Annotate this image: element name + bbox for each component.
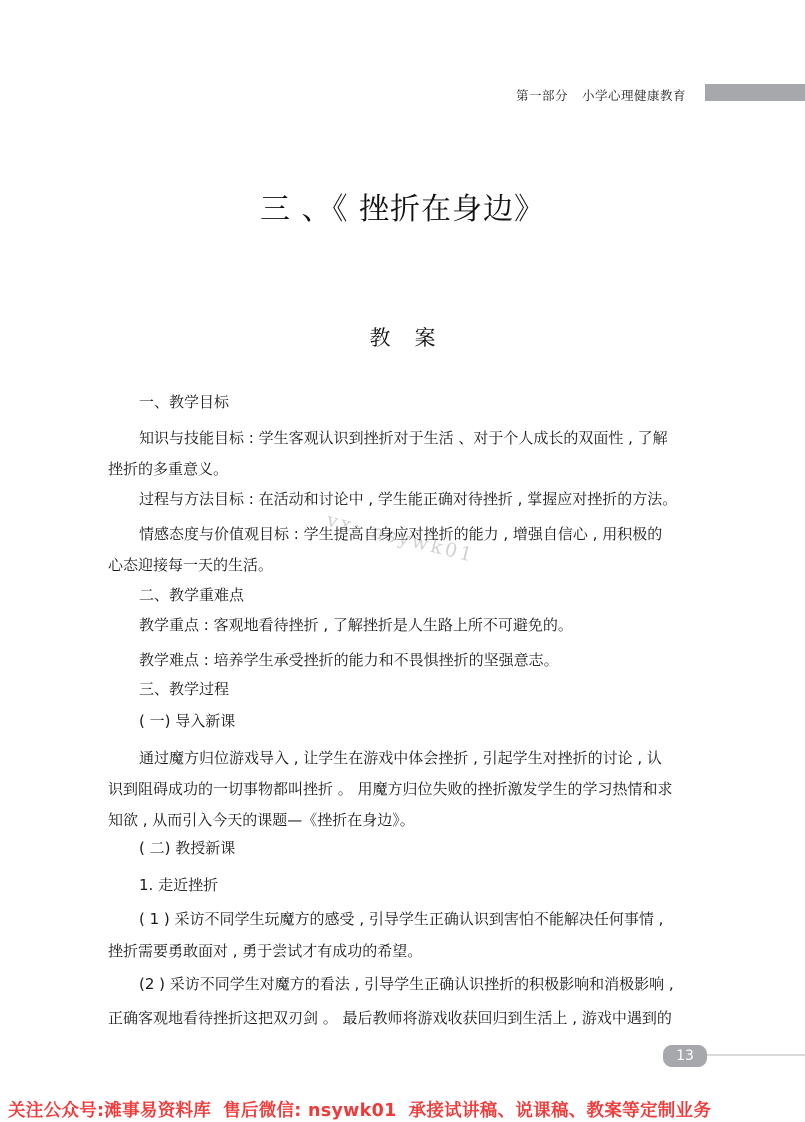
heading-key-points: 二、教学重难点 — [108, 584, 700, 605]
list-item-heading: 1. 走近挫折 — [108, 874, 700, 895]
paragraph-line: 识到阻碍成功的一切事物都叫挫折 。 用魔方归位失败的挫折激发学生的学习热情和求 — [108, 778, 700, 799]
page-number: 13 — [663, 1045, 707, 1067]
promo-wechat: 售后微信: nsywk01 — [223, 1101, 396, 1121]
subheading-teach: ( 二) 教授新课 — [108, 837, 700, 858]
paragraph-line: 教学重点 : 客观地看待挫折 , 了解挫折是人生路上所不可避免的。 — [108, 614, 700, 635]
heading-process: 三、教学过程 — [108, 678, 700, 699]
header-decor-bar — [705, 84, 805, 101]
header-label: 第一部分小学心理健康教育 — [516, 86, 686, 104]
paragraph-line: 心态迎接每一天的生活。 — [108, 554, 700, 575]
header-part: 第一部分 — [516, 88, 568, 103]
subheading-intro: ( 一) 导入新课 — [108, 710, 700, 731]
promo-services: 承接试讲稿、说课稿、教案等定制业务 — [409, 1101, 712, 1121]
paragraph-line: 教学难点 : 培养学生承受挫折的能力和不畏惧挫折的坚强意志。 — [108, 649, 700, 670]
paragraph-line: 过程与方法目标 : 在活动和讨论中 , 学生能正确对待挫折 , 掌握应对挫折的方… — [108, 488, 700, 509]
paragraph-line: 通过魔方归位游戏导入 , 让学生在游戏中体会挫折 , 引起学生对挫折的讨论 , … — [108, 747, 700, 768]
paragraph-line: 知欲 , 从而引入今天的课题—《挫折在身边》。 — [108, 809, 700, 830]
paragraph-line: 知识与技能目标 : 学生客观认识到挫折对于生活 、对于个人成长的双面性 , 了解 — [108, 427, 700, 448]
section-title: 教案 — [0, 322, 805, 352]
chapter-title: 三 、《 挫折在身边》 — [0, 184, 805, 228]
header-subject: 小学心理健康教育 — [582, 88, 686, 103]
paragraph-line: 挫折需要勇敢面对 , 勇于尝试才有成功的希望。 — [108, 940, 700, 961]
paragraph-line: 情感态度与价值观目标 : 学生提高自身应对挫折的能力 , 增强自信心 , 用积极… — [108, 523, 700, 544]
paragraph-line: (2 ) 采访不同学生对魔方的看法 , 引导学生正确认识挫折的积极影响和消极影响… — [108, 973, 700, 994]
promo-banner: 关注公众号:滩事易资料库售后微信: nsywk01承接试讲稿、说课稿、教案等定制… — [8, 1097, 711, 1122]
footer-rule — [707, 1054, 805, 1056]
promo-account: 关注公众号:滩事易资料库 — [8, 1101, 211, 1121]
paragraph-line: ( 1 ) 采访不同学生玩魔方的感受 , 引导学生正确认识到害怕不能解决任何事情… — [108, 908, 700, 929]
paragraph-line: 正确客观地看待挫折这把双刃剑 。 最后教师将游戏收获回归到生活上 , 游戏中遇到… — [108, 1007, 700, 1028]
paragraph-line: 挫折的多重意义。 — [108, 458, 700, 479]
heading-goals: 一、教学目标 — [108, 391, 700, 412]
